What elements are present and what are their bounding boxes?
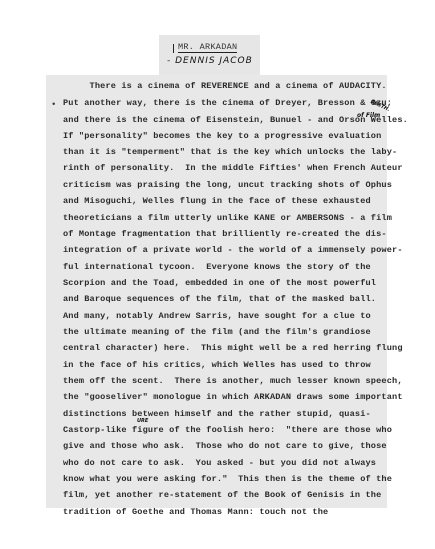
text-line: integration of a private world - the wor… [63, 245, 403, 255]
text-line: And many, notably Andrew Sarris, have so… [63, 311, 371, 321]
text-line: in the face of his critics, which Welles… [63, 360, 371, 370]
text-line: Castorp-like figure of the foolish hero:… [63, 425, 392, 435]
text-line: them off the scent. There is another, mu… [63, 376, 403, 386]
text-line: distinctions between himself and the rat… [63, 409, 371, 419]
text-line: If "personality" becomes the key to a pr… [63, 131, 381, 141]
text-line: Put another way, there is the cinema of … [63, 98, 392, 108]
text-line: criticism was praising the long, uncut t… [63, 180, 392, 190]
text-line: the "gooseliver" monologue in which ARKA… [63, 392, 403, 402]
text-line: know what you were asking for." This the… [63, 474, 392, 484]
text-line: the ultimate meaning of the film (and th… [63, 327, 371, 337]
margin-note-of-film: of Film [357, 112, 380, 119]
text-line: There is a cinema of REVERENCE and a cin… [63, 81, 387, 91]
bullet-mark: • [51, 100, 56, 110]
text-line: ful international tycoon. Everyone knows… [63, 262, 371, 272]
text-line: central character) here. This might well… [63, 343, 403, 353]
document-title: MR. ARKADAN [178, 42, 237, 53]
text-line: film, yet another re-statement of the Bo… [63, 490, 381, 500]
text-line: and Misoguchi, Welles flung in the face … [63, 196, 371, 206]
text-line: theoreticians a film utterly unlike KANE… [63, 213, 392, 223]
text-line: of Montage fragmentation that brillientl… [63, 229, 387, 239]
text-line: and Baroque sequences of the film, that … [63, 294, 376, 304]
text-line: tradition of Goethe and Thomas Mann: tou… [63, 507, 328, 517]
author-handwritten: - DENNIS JACOB [167, 56, 253, 66]
text-line: give and those who ask. Those who do not… [63, 441, 387, 451]
text-line: than it is "temperment" that is the key … [63, 147, 397, 157]
text-line: Scorpion and the Toad, embedded in one o… [63, 278, 376, 288]
title-mark [173, 44, 174, 53]
text-line: rinth of personality. In the middle Fift… [63, 163, 403, 173]
text-line: who do not care to ask. You asked - but … [63, 458, 376, 468]
overstrike-note: URE [137, 418, 148, 424]
